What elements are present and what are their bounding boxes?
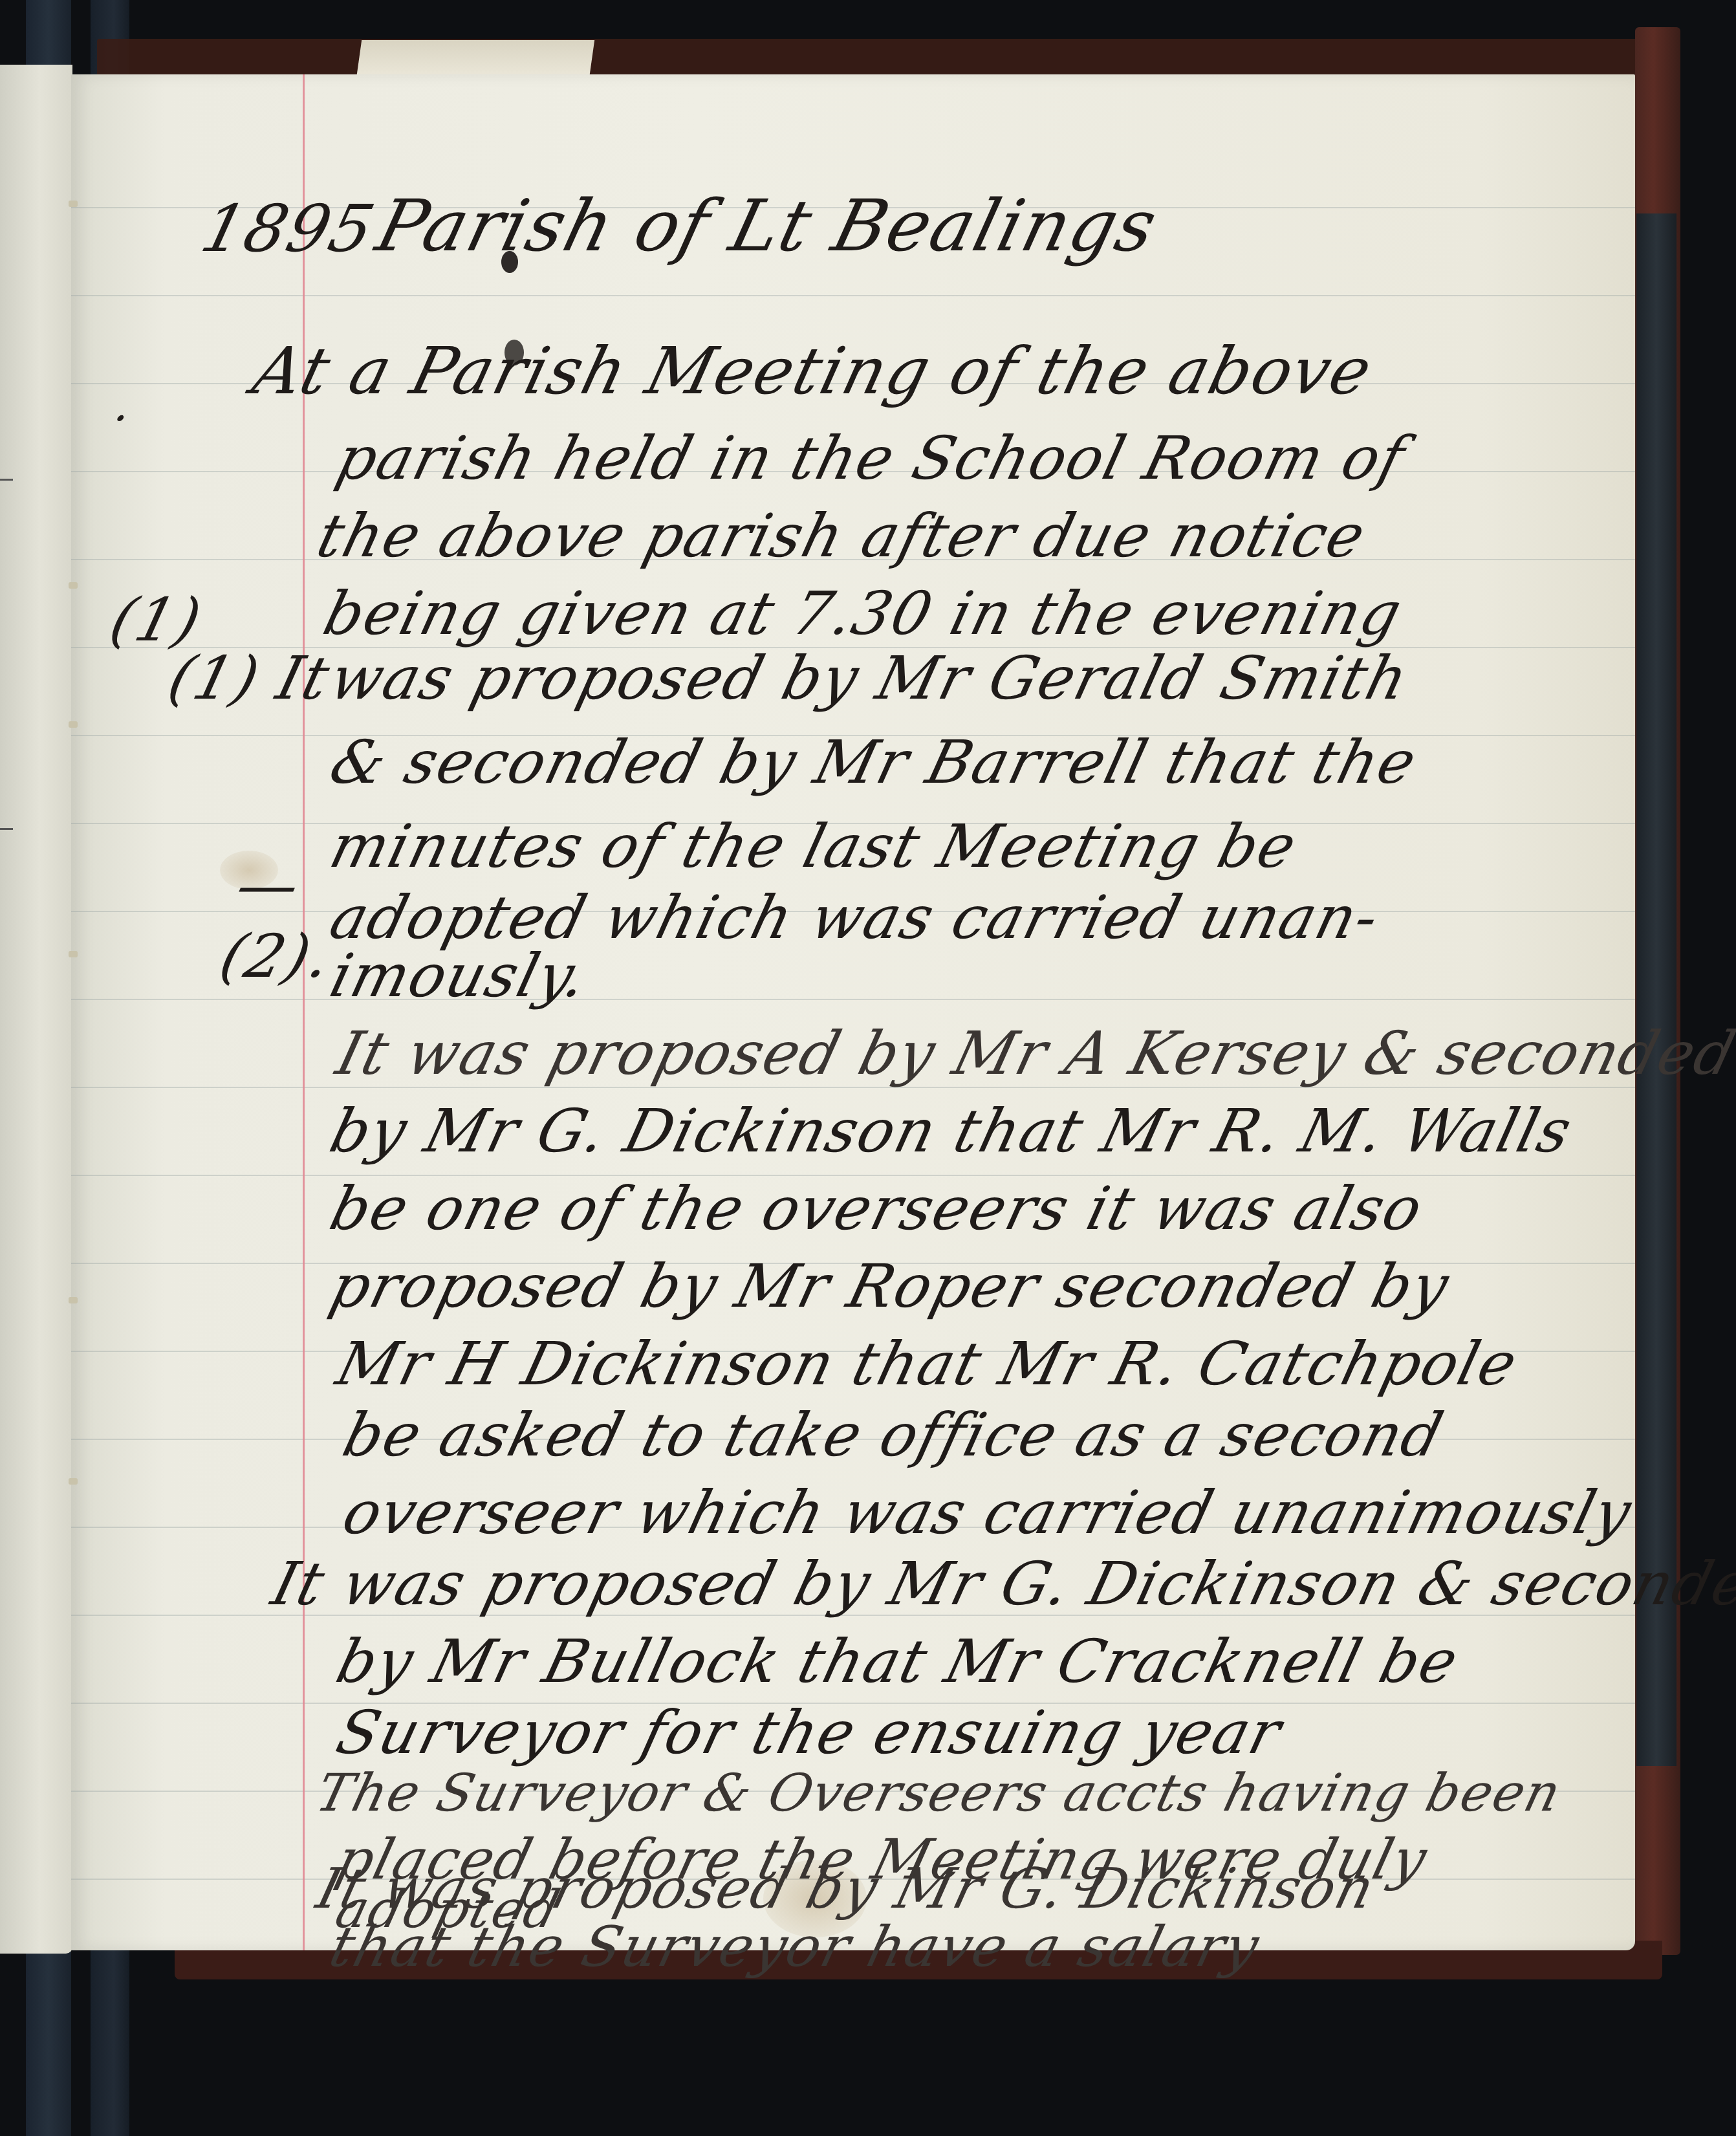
minutes-line: by Mr G. Dickinson that Mr R. M. Walls <box>323 1096 1579 1166</box>
minutes-line: Mr H Dickinson that Mr R. Catchpole <box>330 1329 1524 1399</box>
inserted-paper-slip <box>356 40 594 79</box>
binding-stitch <box>69 951 78 957</box>
binding-stitch <box>69 201 78 207</box>
minutes-line: At a Parish Meeting of the above <box>246 333 1380 409</box>
minutes-line: being given at 7.30 in the evening <box>317 579 1409 648</box>
ruled-line <box>71 295 1635 296</box>
item-number-2: (2). <box>213 922 339 991</box>
minutes-line: & seconded by Mr Barrell that the <box>323 728 1424 797</box>
minutes-line: Surveyor for the ensuing year <box>330 1698 1289 1767</box>
minutes-line: was proposed by Mr Gerald Smith <box>323 644 1416 713</box>
minutes-line: that the Surveyor have a salary <box>323 1915 1266 1979</box>
binding-stitch <box>69 721 78 728</box>
book-cover-cloth-band <box>1636 213 1676 1766</box>
ruled-line <box>71 999 1635 1000</box>
binding-stitch <box>69 1478 78 1485</box>
minutes-line: be asked to take office as a second <box>336 1400 1451 1470</box>
minutes-line: by Mr Bullock that Mr Cracknell be <box>330 1627 1466 1696</box>
minutes-line: The Surveyor & Overseers accts having be… <box>310 1763 1568 1823</box>
minutes-line-item-1: (1) It <box>162 644 338 713</box>
page-heading: Parish of Lt Bealings <box>369 184 1166 267</box>
minutes-line: It was proposed by Mr G. Dickinson <box>310 1857 1382 1921</box>
minutes-line: overseer which was carried unanimously <box>336 1478 1639 1547</box>
minutes-line: proposed by Mr Roper seconded by <box>323 1252 1457 1321</box>
manuscript-page: 1895 . (1) — (2). Parish of Lt Bealings … <box>71 74 1635 1950</box>
minutes-line: minutes of the last Meeting be <box>323 812 1304 881</box>
minutes-line: imously. <box>323 941 595 1010</box>
minutes-line: It was proposed by Mr A Kersey & seconde… <box>330 1019 1736 1088</box>
minutes-line: It was proposed by Mr G. Dickinson & sec… <box>265 1549 1736 1618</box>
minutes-line: the above parish after due notice <box>310 501 1373 571</box>
binding-stitch <box>69 1297 78 1303</box>
year-annotation: 1895 <box>194 191 383 267</box>
binding-stitch <box>69 582 78 589</box>
margin-dot: . <box>110 378 139 431</box>
facing-page-mark <box>0 479 13 481</box>
minutes-line: be one of the overseers it was also <box>323 1174 1430 1243</box>
facing-page-edge <box>0 65 72 1954</box>
minutes-line: parish held in the School Room of <box>330 424 1413 493</box>
facing-page-mark <box>0 828 13 830</box>
